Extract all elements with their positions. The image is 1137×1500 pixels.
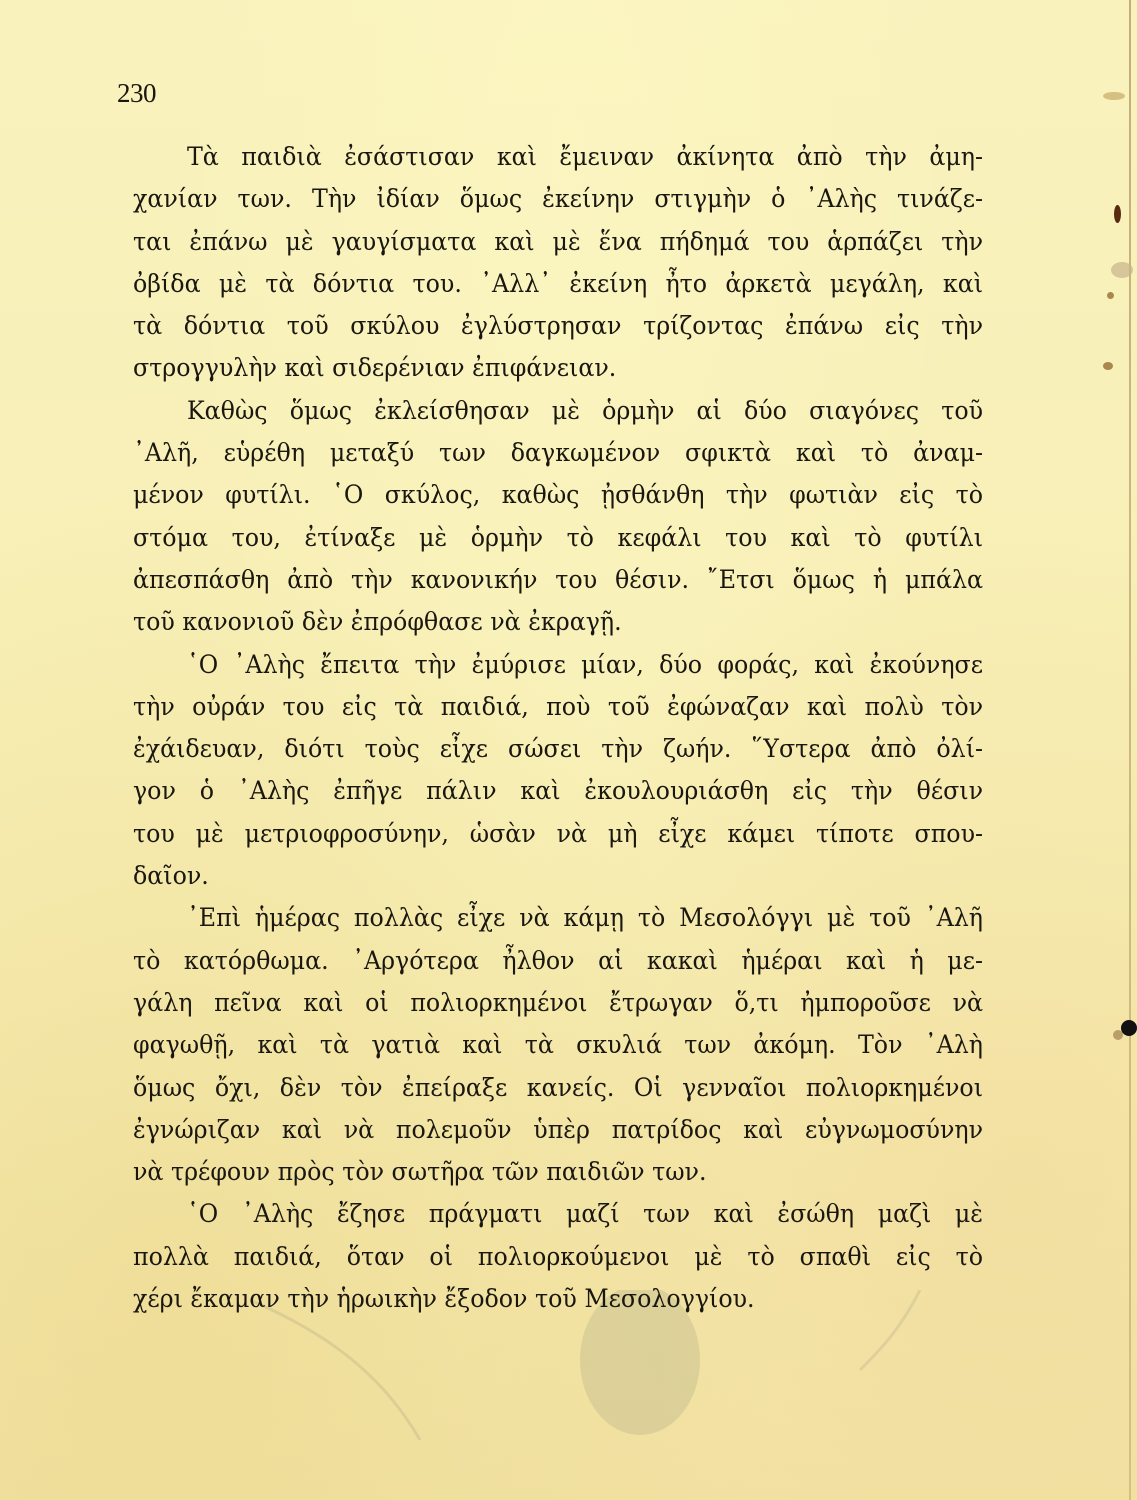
text-line: τὰ δόντια τοῦ σκύλου ἐγλύστρησαν τρίζοντ…: [133, 305, 983, 347]
text-line: μένον φυτίλι. ῾Ο σκύλος, καθὼς ᾐσθάνθη τ…: [133, 474, 983, 516]
text-line: γάλη πεῖνα καὶ οἱ πολιορκημένοι ἔτρωγαν …: [133, 982, 983, 1024]
stain-mark: [1107, 292, 1114, 299]
text-line: ᾿Επὶ ἡμέρας πολλὰς εἶχε νὰ κάμῃ τὸ Μεσολ…: [133, 897, 983, 939]
text-line: ῾Ο ᾿Αλὴς ἔπειτα τὴν ἐμύρισε μίαν, δύο φο…: [133, 644, 983, 686]
text-line: ὀβίδα μὲ τὰ δόντια του. ᾿Αλλ᾿ ἐκείνη ἦτο…: [133, 263, 983, 305]
text-line: ἐγνώριζαν καὶ νὰ πολεμοῦν ὑπὲρ πατρίδος …: [133, 1109, 983, 1151]
text-line: ᾿Αλῆ, εὑρέθη μεταξύ των δαγκωμένον σφικτ…: [133, 432, 983, 474]
stain-mark: [1121, 1020, 1137, 1036]
text-line: χανίαν των. Τὴν ἰδίαν ὅμως ἐκείνην στιγμ…: [133, 178, 983, 220]
text-line: τὴν οὐράν του εἰς τὰ παιδιά, ποὺ τοῦ ἐφώ…: [133, 686, 983, 728]
stain-mark: [1103, 92, 1125, 100]
text-line: γον ὁ ᾿Αλὴς ἐπῆγε πάλιν καὶ ἐκουλουριάσθ…: [133, 770, 983, 812]
text-line: Καθὼς ὅμως ἐκλείσθησαν μὲ ὁρμὴν αἱ δύο σ…: [133, 390, 983, 432]
page-number: 230: [117, 78, 156, 109]
text-line: φαγωθῇ, καὶ τὰ γατιὰ καὶ τὰ σκυλιά των ἀ…: [133, 1024, 983, 1066]
stain-mark: [1113, 1030, 1123, 1040]
text-line: ῾Ο ᾿Αλὴς ἔζησε πράγματι μαζί των καὶ ἐσώ…: [133, 1193, 983, 1235]
text-line: στόμα του, ἐτίναξε μὲ ὁρμὴν τὸ κεφάλι το…: [133, 517, 983, 559]
text-line: ὅμως ὄχι, δὲν τὸν ἐπείραξε κανείς. Οἱ γε…: [133, 1067, 983, 1109]
text-line: του μὲ μετριοφροσύνην, ὡσὰν νὰ μὴ εἶχε κ…: [133, 813, 983, 855]
stain-mark: [1114, 205, 1121, 223]
text-line: χέρι ἔκαμαν τὴν ἡρωικὴν ἔξοδον τοῦ Μεσολ…: [133, 1278, 983, 1320]
stain-mark: [1111, 262, 1133, 278]
text-line: πολλὰ παιδιά, ὅταν οἱ πολιορκούμενοι μὲ …: [133, 1236, 983, 1278]
text-line: τοῦ κανονιοῦ δὲν ἐπρόφθασε νὰ ἐκραγῇ.: [133, 601, 983, 643]
text-line: δαῖον.: [133, 855, 983, 897]
text-line: στρογγυλὴν καὶ σιδερένιαν ἐπιφάνειαν.: [133, 347, 983, 389]
stain-mark: [1103, 362, 1113, 370]
text-line: Τὰ παιδιὰ ἐσάστισαν καὶ ἔμειναν ἀκίνητα …: [133, 136, 983, 178]
text-line: ται ἐπάνω μὲ γαυγίσματα καὶ μὲ ἕνα πήδημ…: [133, 221, 983, 263]
text-line: ἐχάιδευαν, διότι τοὺς εἶχε σώσει τὴν ζωή…: [133, 728, 983, 770]
body-text: Τὰ παιδιὰ ἐσάστισαν καὶ ἔμειναν ἀκίνητα …: [133, 136, 983, 1320]
text-line: νὰ τρέφουν πρὸς τὸν σωτῆρα τῶν παιδιῶν τ…: [133, 1151, 983, 1193]
text-line: ἀπεσπάσθη ἀπὸ τὴν κανονικήν του θέσιν. ῎…: [133, 559, 983, 601]
text-line: τὸ κατόρθωμα. ᾿Αργότερα ἦλθον αἱ κακαὶ ἡ…: [133, 940, 983, 982]
page-edge-rule: [1129, 0, 1131, 1500]
